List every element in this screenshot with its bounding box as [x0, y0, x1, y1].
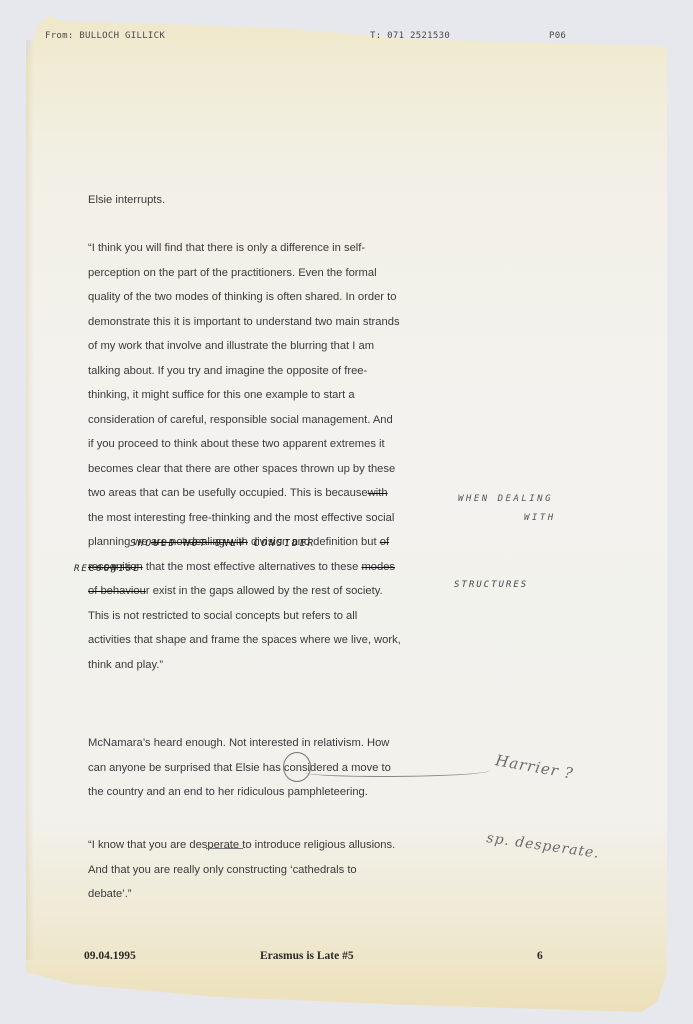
text-line: And that you are really only constructin… [88, 860, 357, 881]
struck-word-with: with [368, 487, 388, 499]
fax-telephone: T: 071 2521530 [370, 31, 450, 41]
text-line: “I know that you are desperate to introd… [88, 835, 395, 856]
text-line-because: two areas that can be usefully occupied.… [88, 483, 388, 504]
fax-from: From: BULLOCH GILLICK [45, 31, 165, 41]
annotation-structures: STRUCTURES [454, 580, 528, 590]
text-line-behaviour: of behaviour exist in the gaps allowed b… [88, 581, 383, 602]
text-line: the country and an end to her ridiculous… [88, 782, 368, 803]
annotation-should-not-only-consider: SHOULD NOT ONLY CONSIDER [130, 538, 315, 549]
footer-title: Erasmus is Late #5 [260, 950, 354, 962]
text-line: if you proceed to think about these two … [88, 434, 385, 455]
fax-page-code: P06 [549, 31, 566, 41]
text-line: thinking, it might suffice for this one … [88, 385, 355, 406]
text-line: This is not restricted to social concept… [88, 606, 357, 627]
text-line: becomes clear that there are other space… [88, 459, 395, 480]
text-line: quality of the two modes of thinking is … [88, 287, 396, 308]
struck-word-modes: modes [361, 561, 395, 573]
footer-date: 09.04.1995 [84, 950, 136, 962]
pencil-underline-desperate [206, 848, 243, 849]
annotation-with: WITH [524, 513, 556, 523]
fax-header: From: BULLOCH GILLICK T: 071 2521530 P06 [0, 31, 693, 45]
text-line: McNamara’s heard enough. Not interested … [88, 733, 389, 754]
text-line: the most interesting free-thinking and t… [88, 508, 394, 529]
text-line: Elsie interrupts. [88, 190, 165, 211]
circled-name-elsie: Elsie [235, 762, 259, 774]
text-line: perception on the part of the practition… [88, 263, 377, 284]
text-line: of my work that involve and illustrate t… [88, 336, 374, 357]
footer-page-number: 6 [537, 950, 543, 962]
struck-phrase-of-behaviour: of behaviou [88, 585, 146, 597]
text-line: demonstrate this it is important to unde… [88, 312, 400, 333]
text-line: debate’.” [88, 884, 132, 905]
text-line: think and play.” [88, 655, 163, 676]
text-line: talking about. If you try and imagine th… [88, 361, 367, 382]
annotation-when-dealing: WHEN DEALING [458, 494, 553, 504]
text-line: “I think you will find that there is onl… [88, 238, 365, 259]
struck-word-of: of [380, 536, 389, 548]
text-line: activities that shape and frame the spac… [88, 630, 401, 651]
paper-edge-shading [26, 40, 34, 960]
text-line: consideration of careful, responsible so… [88, 410, 393, 431]
annotation-recognise: RECOGNISE [74, 564, 141, 574]
